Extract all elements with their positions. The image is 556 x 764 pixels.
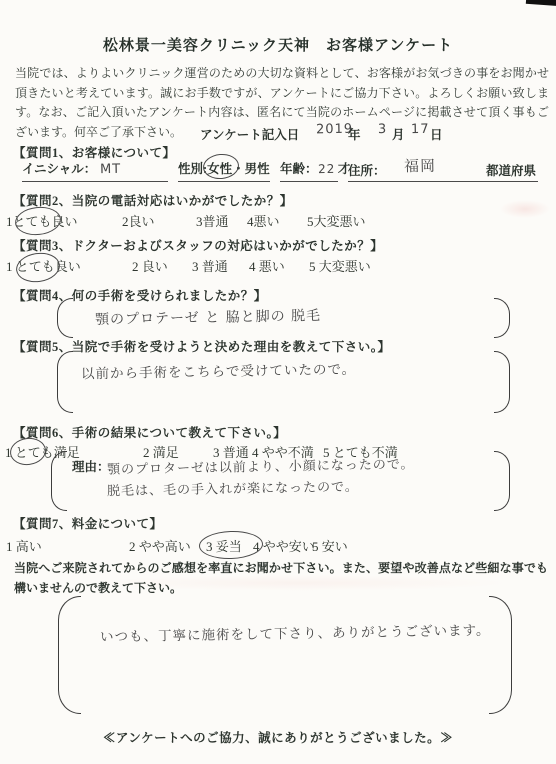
q6-reason-box: 理由： 顎のプロターゼは以前より、小顔になったので。 脱毛は、毛の手入れが楽にな… [51, 451, 510, 511]
q1-gender-label: 性別: [178, 162, 207, 176]
q2-option-2: 2良い [122, 211, 155, 230]
q5-answer-box: 以前から手術をこちらで受けていたので。 [57, 351, 510, 413]
date-day-value: 17 [411, 122, 430, 137]
q3-options: 1 とても良い 2 良い 3 普通 4 悪い 5 大変悪い [0, 256, 556, 276]
feedback-right-bracket [489, 596, 512, 714]
q7-option-4: 4 やや安い [253, 536, 315, 555]
q2-options: 1とても良い 2良い 3普通 4悪い 5大変悪い [0, 211, 556, 231]
q3-option-3: 3 普通 [192, 256, 228, 275]
q1-age-field: 年齢：22 才 [280, 159, 338, 182]
date-month-value: 3 [378, 122, 388, 137]
q7-option-5: 5 安い [312, 536, 348, 555]
q3-option-4: 4 悪い [249, 256, 285, 275]
q6-right-bracket [494, 451, 510, 511]
q4-answer-box: 顎のプロテーゼ と 脇と脚の 脱毛 [57, 298, 510, 338]
q4-right-bracket [494, 298, 510, 338]
feedback-prompt: 当院へご来院されてからのご感想を率直にお聞かせ下さい。また、要望や改善点など些細… [14, 559, 548, 598]
q1-age-label: 年齢： [280, 162, 318, 176]
q6-heading: 【質問6、手術の結果について教えて下さい。】 [13, 423, 286, 441]
q1-age-value: 22 [317, 162, 335, 176]
page-title: 松林景一美容クリニック天神 お客様アンケート [0, 34, 556, 55]
q4-left-bracket [57, 298, 73, 338]
q1-gender-field: 性別:女性・男性 [178, 159, 270, 182]
feedback-answer-value: いつも、丁寧に施術をして下さり、ありがとうございます。 [100, 619, 491, 646]
scan-corner-mark [526, 0, 556, 6]
q3-heading: 【質問3、ドクターおよびスタッフの対応はいかがでしたか？】 [13, 236, 383, 254]
feedback-left-bracket [58, 596, 81, 714]
q3-option-2: 2 良い [132, 256, 168, 275]
q1-initial-value: MT [100, 162, 121, 177]
q6-reason-line2: 脱毛は、毛の手入れが楽になったので。 [107, 476, 359, 499]
q2-option-4: 4悪い [247, 211, 280, 230]
date-line: アンケート記入日 2019 年 3 月 17 日 [0, 125, 556, 145]
q2-option-1: 1とても良い [6, 211, 78, 230]
q3-option-5: 5 大変悪い [309, 256, 371, 275]
date-day-unit: 日 [430, 125, 443, 143]
date-year-unit: 年 [348, 125, 361, 143]
q1-fields: イニシャル：MT 性別:女性・男性 年齢：22 才 住所：福岡都道府県 [0, 158, 556, 182]
footer-thanks: ≪アンケートへのご協力、誠にありがとうございました。≫ [0, 728, 556, 746]
q2-heading: 【質問2、当院の電話対応はいかがでしたか？】 [13, 191, 293, 209]
date-month-unit: 月 [392, 125, 405, 143]
q1-address-label: 住所： [348, 164, 386, 178]
q4-answer-value: 顎のプロテーゼ と 脇と脚の 脱毛 [95, 305, 321, 329]
q1-initial-label: イニシャル： [22, 162, 96, 176]
q1-initial-field: イニシャル：MT [22, 159, 168, 182]
q1-address-value: 福岡 [403, 155, 435, 177]
q7-options: 1 高い 2 やや高い 3 妥当 4 やや安い 5 安い [0, 536, 556, 556]
q6-reason-label: 理由： [72, 457, 110, 475]
q2-option-3: 3普通 [196, 211, 229, 230]
q5-left-bracket [57, 351, 73, 413]
q7-option-2: 2 やや高い [129, 536, 191, 555]
q5-right-bracket [494, 351, 510, 413]
q1-address-unit: 都道府県 [486, 161, 536, 179]
q7-option-1: 1 高い [6, 536, 42, 555]
q7-option-3: 3 妥当 [206, 536, 242, 555]
q1-gender-options: 女性・男性 [207, 162, 270, 176]
q2-option-5: 5大変悪い [307, 211, 366, 230]
q5-answer-value: 以前から手術をこちらで受けていたので。 [81, 358, 356, 383]
q1-address-field: 住所：福岡都道府県 [348, 159, 538, 182]
feedback-box: いつも、丁寧に施術をして下さり、ありがとうございます。 [58, 596, 512, 714]
q7-heading: 【質問7、料金について】 [13, 514, 163, 532]
survey-scan-page: 松林景一美容クリニック天神 お客様アンケート 当院では、よりよいクリニック運営の… [0, 0, 556, 764]
q6-reason-line1: 顎のプロターゼは以前より、小顔になったので。 [107, 453, 415, 477]
q3-option-1: 1 とても良い [6, 256, 81, 275]
q6-left-bracket [51, 451, 67, 511]
date-label: アンケート記入日 [200, 125, 299, 143]
